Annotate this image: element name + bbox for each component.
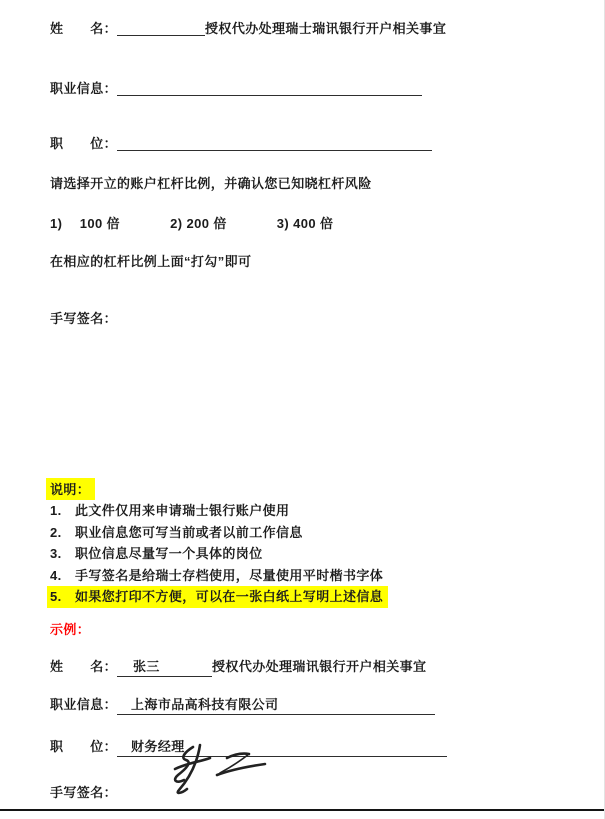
example-name-suffix-text: 授权代办处理瑞讯银行开户相关事宜: [212, 659, 426, 674]
note-item: 2. 职业信息您可写当前或者以前工作信息: [50, 522, 308, 544]
position-label: 职 位：: [50, 136, 117, 151]
document-page: 姓 名：授权代办处理瑞士瑞讯银行开户相关事宜 职业信息： 职 位： 请选择开立的…: [0, 0, 605, 819]
position-row: 职 位：: [50, 133, 432, 152]
note-item: 1. 此文件仅用来申请瑞士银行账户使用: [50, 500, 294, 522]
note-item-text: 如果您打印不方便，可以在一张白纸上写明上述信息: [75, 586, 383, 608]
note-item-number: 2.: [50, 522, 75, 544]
notes-title: 说明：: [46, 478, 95, 500]
leverage-option-200: 2) 200 倍: [170, 213, 227, 232]
handwritten-signature: [165, 742, 280, 799]
example-occupation-value: 上海市品高科技有限公司: [117, 694, 435, 715]
notes-title-row: 说明：: [50, 478, 95, 500]
name-blank-field: [117, 20, 205, 36]
example-name-label: 姓 名：: [50, 659, 117, 674]
leverage-option-400: 3) 400 倍: [277, 213, 334, 232]
leverage-options-row: 1) 100 倍 2) 200 倍 3) 400 倍: [50, 213, 333, 232]
tick-note: 在相应的杠杆比例上面“打勾”即可: [50, 251, 251, 270]
leverage-option-100: 1) 100 倍: [50, 213, 120, 232]
position-blank-field: [117, 135, 432, 151]
example-name-value: 张三: [117, 656, 212, 677]
leverage-prompt: 请选择开立的账户杠杆比例，并确认您已知晓杠杆风险: [50, 173, 372, 192]
example-occupation-row: 职业信息：上海市品高科技有限公司: [50, 694, 435, 715]
example-name-row: 姓 名：张三授权代办处理瑞讯银行开户相关事宜: [50, 656, 426, 677]
note-item: 5. 如果您打印不方便，可以在一张白纸上写明上述信息: [47, 586, 388, 608]
name-label: 姓 名：: [50, 21, 117, 36]
example-title: 示例：: [50, 619, 90, 638]
note-item-text: 手写签名是给瑞士存档使用，尽量使用平时楷书字体: [75, 565, 383, 587]
occupation-blank-field: [117, 80, 422, 96]
example-occupation-label: 职业信息：: [50, 697, 117, 712]
example-position-label: 职 位：: [50, 739, 117, 754]
note-item-text: 职业信息您可写当前或者以前工作信息: [75, 522, 303, 544]
name-suffix-text: 授权代办处理瑞士瑞讯银行开户相关事宜: [205, 21, 446, 36]
notes-list: 1. 此文件仅用来申请瑞士银行账户使用 2. 职业信息您可写当前或者以前工作信息…: [50, 500, 388, 608]
note-item-number: 1.: [50, 500, 75, 522]
note-item-text: 此文件仅用来申请瑞士银行账户使用: [75, 500, 289, 522]
note-item-text: 职位信息尽量写一个具体的岗位: [75, 543, 263, 565]
page-bottom-edge: [0, 809, 605, 811]
note-item: 3. 职位信息尽量写一个具体的岗位: [50, 543, 268, 565]
note-item-number: 4.: [50, 565, 75, 587]
occupation-label: 职业信息：: [50, 81, 117, 96]
example-signature-row: 手写签名：: [50, 782, 117, 801]
note-item: 4. 手写签名是给瑞士存档使用，尽量使用平时楷书字体: [50, 565, 388, 587]
occupation-row: 职业信息：: [50, 78, 422, 97]
name-row: 姓 名：授权代办处理瑞士瑞讯银行开户相关事宜: [50, 18, 446, 37]
note-item-number: 3.: [50, 543, 75, 565]
signature-label: 手写签名：: [50, 311, 117, 326]
note-item-number: 5.: [50, 586, 75, 608]
example-signature-label: 手写签名：: [50, 785, 117, 800]
signature-row: 手写签名：: [50, 308, 117, 327]
